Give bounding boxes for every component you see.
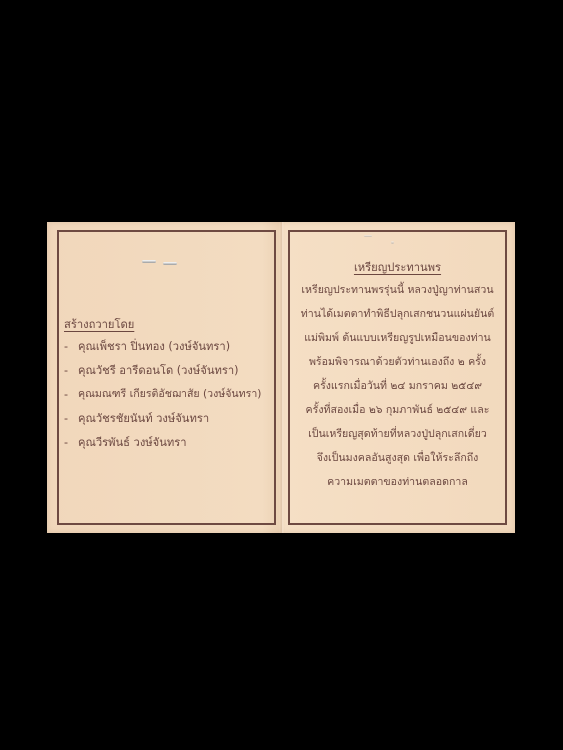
sponsor-name: คุณมณฑรี เกียรติอัชฌาสัย (วงษ์จันทรา) xyxy=(78,389,261,400)
list-item: - คุณมณฑรี เกียรติอัชฌาสัย (วงษ์จันทรา) xyxy=(64,389,261,413)
sponsors-heading: สร้างถวายโดย xyxy=(64,319,134,330)
left-panel-frame: สร้างถวายโดย - คุณเพ็ชรา ปิ่นทอง (วงษ์จั… xyxy=(57,230,276,525)
sponsor-name: คุณวัชรี อารีดอนโด (วงษ์จันทรา) xyxy=(78,365,239,376)
staple-icon xyxy=(142,260,156,263)
sponsor-list: - คุณเพ็ชรา ปิ่นทอง (วงษ์จันทรา) - คุณวั… xyxy=(64,341,261,461)
description-line: ครั้งที่สองเมื่อ ๒๖ กุมภาพันธ์ ๒๕๔๙ และ xyxy=(290,405,505,429)
right-panel-frame: เหรียญประทานพร เหรียญประทานพรรุ่นนี้ หลว… xyxy=(288,230,507,525)
staple-hole-mark xyxy=(391,241,394,244)
staple-hole-mark xyxy=(364,235,372,237)
folded-card: สร้างถวายโดย - คุณเพ็ชรา ปิ่นทอง (วงษ์จั… xyxy=(47,222,515,533)
list-item: - คุณวีรพันธ์ วงษ์จันทรา xyxy=(64,437,261,461)
description-line: แม่พิมพ์ ต้นแบบเหรียญรูปเหมือนของท่าน xyxy=(290,333,505,357)
list-item: - คุณวัชรชัยนันท์ วงษ์จันทรา xyxy=(64,413,261,437)
description-line: เป็นเหรียญสุดท้ายที่หลวงปู่ปลุกเสกเดี่ยว xyxy=(290,429,505,453)
description-line: ความเมตตาของท่านตลอดกาล xyxy=(290,477,505,501)
description-line: จึงเป็นมงคลอันสูงสุด เพื่อให้ระลึกถึง xyxy=(290,453,505,477)
list-item: - คุณวัชรี อารีดอนโด (วงษ์จันทรา) xyxy=(64,365,261,389)
list-item: - คุณเพ็ชรา ปิ่นทอง (วงษ์จันทรา) xyxy=(64,341,261,365)
staple-icon xyxy=(163,262,177,265)
blessing-description: เหรียญประทานพรรุ่นนี้ หลวงปู่ญาท่านสวน ท… xyxy=(290,285,505,501)
sponsor-name: คุณวัชรชัยนันท์ วงษ์จันทรา xyxy=(78,413,209,424)
description-line: พร้อมพิจารณาด้วยตัวท่านเองถึง ๒ ครั้ง xyxy=(290,357,505,381)
sponsor-name: คุณเพ็ชรา ปิ่นทอง (วงษ์จันทรา) xyxy=(78,341,230,352)
card-fold-crease xyxy=(280,222,284,533)
sponsor-name: คุณวีรพันธ์ วงษ์จันทรา xyxy=(78,437,187,448)
description-line: ท่านได้เมตตาทำพิธีปลุกเสกชนวนแผ่นยันต์ xyxy=(290,309,505,333)
description-line: เหรียญประทานพรรุ่นนี้ หลวงปู่ญาท่านสวน xyxy=(290,285,505,309)
description-line: ครั้งแรกเมื่อวันที่ ๒๔ มกราคม ๒๕๔๙ xyxy=(290,381,505,405)
blessing-coin-heading: เหรียญประทานพร xyxy=(290,262,505,273)
